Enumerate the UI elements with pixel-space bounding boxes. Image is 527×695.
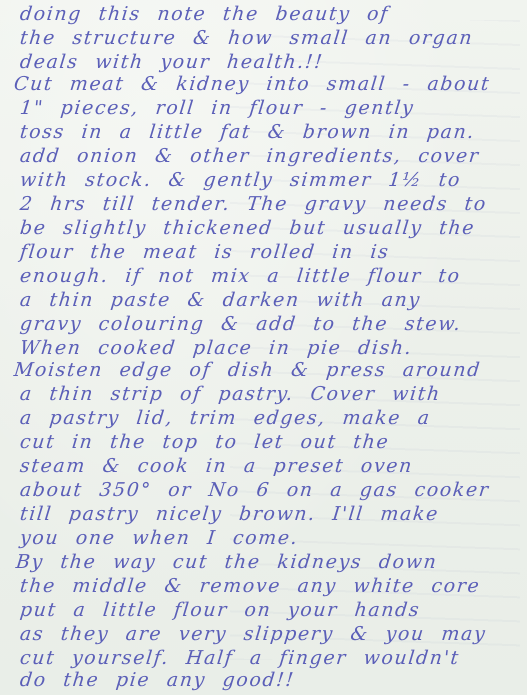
text-line: doing this note the beauty of <box>19 2 390 26</box>
text-line: add onion & other ingredients, cover <box>19 144 481 168</box>
text-line: gravy colouring & add to the stew. <box>19 312 463 336</box>
text-line: 2 hrs till tender. The gravy needs to <box>19 192 488 216</box>
text-line: toss in a little fat & brown in pan. <box>19 120 477 144</box>
text-line: deals with your health.!! <box>19 50 325 74</box>
text-line: When cooked place in pie dish. <box>19 336 414 360</box>
text-line: till pastry nicely brown. I'll make <box>19 502 441 526</box>
text-line: flour the meat is rolled in is <box>19 240 391 264</box>
text-line: enough. if not mix a little flour to <box>19 264 462 288</box>
text-line: as they are very slippery & you may <box>19 622 488 646</box>
text-line: put a little flour on your hands <box>19 598 422 622</box>
text-line: do the pie any good!! <box>19 668 296 692</box>
text-line: a thin paste & darken with any <box>19 288 422 312</box>
text-line: be slightly thickened but usually the <box>19 216 477 240</box>
text-line: cut yourself. Half a finger wouldn't <box>19 646 461 670</box>
text-line: you one when I come. <box>19 526 300 550</box>
text-line: the structure & how small an organ <box>19 26 475 50</box>
text-line: a thin strip of pastry. Cover with <box>19 382 442 406</box>
text-line: cut in the top to let out the <box>19 430 391 454</box>
text-line: a pastry lid, trim edges, make a <box>19 406 432 430</box>
text-line: Moisten edge of dish & press around <box>13 358 483 382</box>
text-line: the middle & remove any white core <box>19 574 482 598</box>
text-line: with stock. & gently simmer 1½ to <box>19 168 463 192</box>
text-line: steam & cook in a preset oven <box>19 454 415 478</box>
text-line: Cut meat & kidney into small - about <box>13 72 492 96</box>
text-line: about 350° or No 6 on a gas cooker <box>19 478 491 502</box>
letter-page: doing this note the beauty of the struct… <box>0 0 527 695</box>
text-line: 1" pieces, roll in flour - gently <box>19 96 416 120</box>
text-line: By the way cut the kidneys down <box>15 550 439 574</box>
